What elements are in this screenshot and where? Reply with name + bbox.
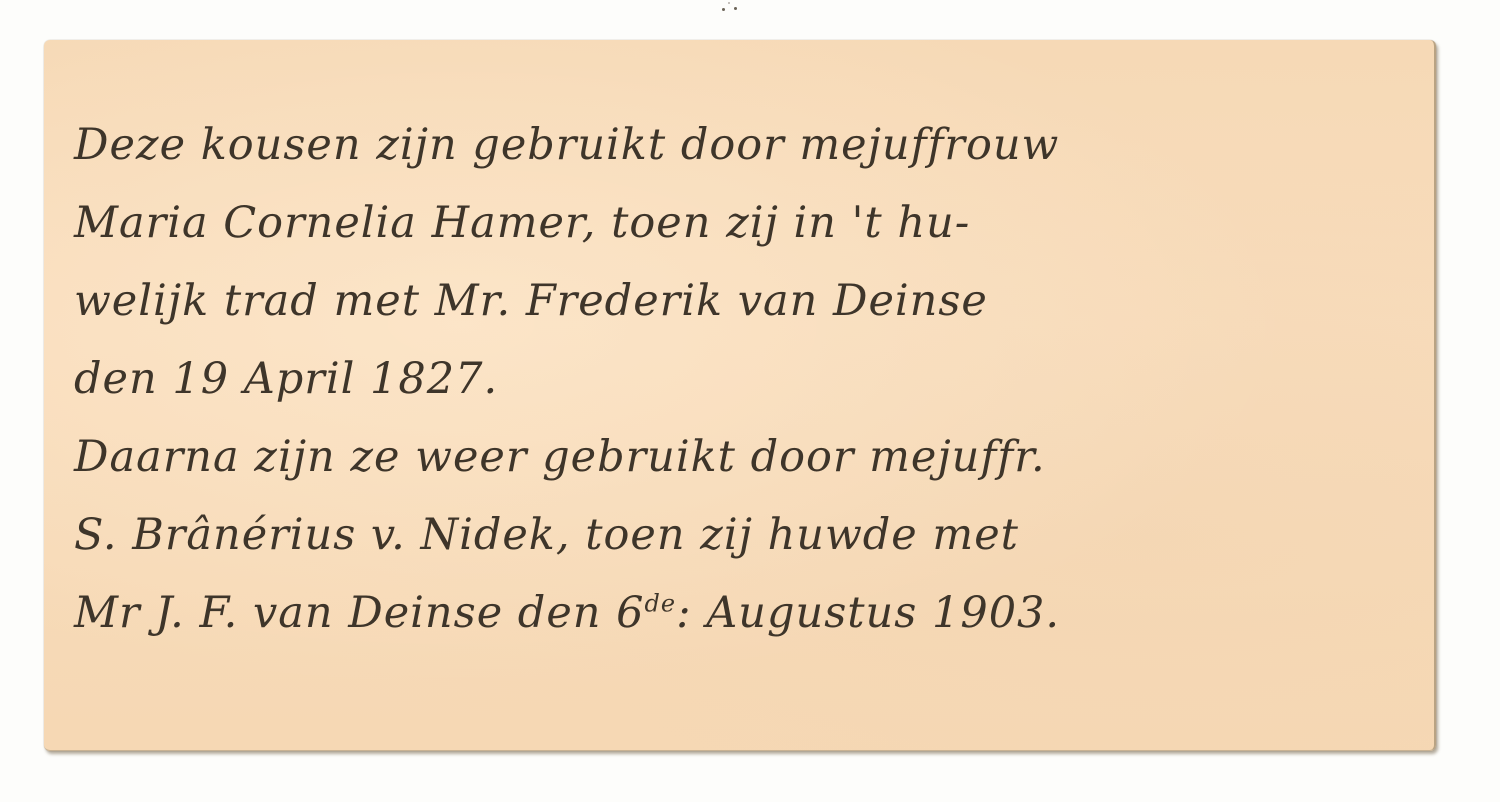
text-line-6: S. Brânérius v. Nidek, toen zij huwde me… (74, 496, 1414, 574)
text-line-4: den 19 April 1827. (74, 340, 1414, 418)
text-line-1: Deze kousen zijn gebruikt door mejuffrou… (74, 106, 1414, 184)
scanned-document: Deze kousen zijn gebruikt door mejuffrou… (0, 0, 1500, 802)
handwritten-text: Deze kousen zijn gebruikt door mejuffrou… (74, 106, 1414, 652)
text-line-3: welijk trad met Mr. Frederik van Deinse (74, 262, 1414, 340)
dust-specks (720, 2, 750, 16)
date-prefix: Mr J. F. van Deinse den 6 (74, 588, 645, 638)
dust-speck (734, 7, 737, 10)
text-line-2: Maria Cornelia Hamer, toen zij in 't hu- (74, 184, 1414, 262)
dust-speck (722, 8, 725, 11)
ordinal-superscript: de (645, 590, 677, 618)
date-suffix: : Augustus 1903. (676, 588, 1060, 638)
dust-speck (728, 2, 730, 4)
text-line-7: Mr J. F. van Deinse den 6de: Augustus 19… (74, 574, 1414, 652)
text-line-5: Daarna zijn ze weer gebruikt door mejuff… (74, 418, 1414, 496)
note-card: Deze kousen zijn gebruikt door mejuffrou… (44, 40, 1436, 751)
